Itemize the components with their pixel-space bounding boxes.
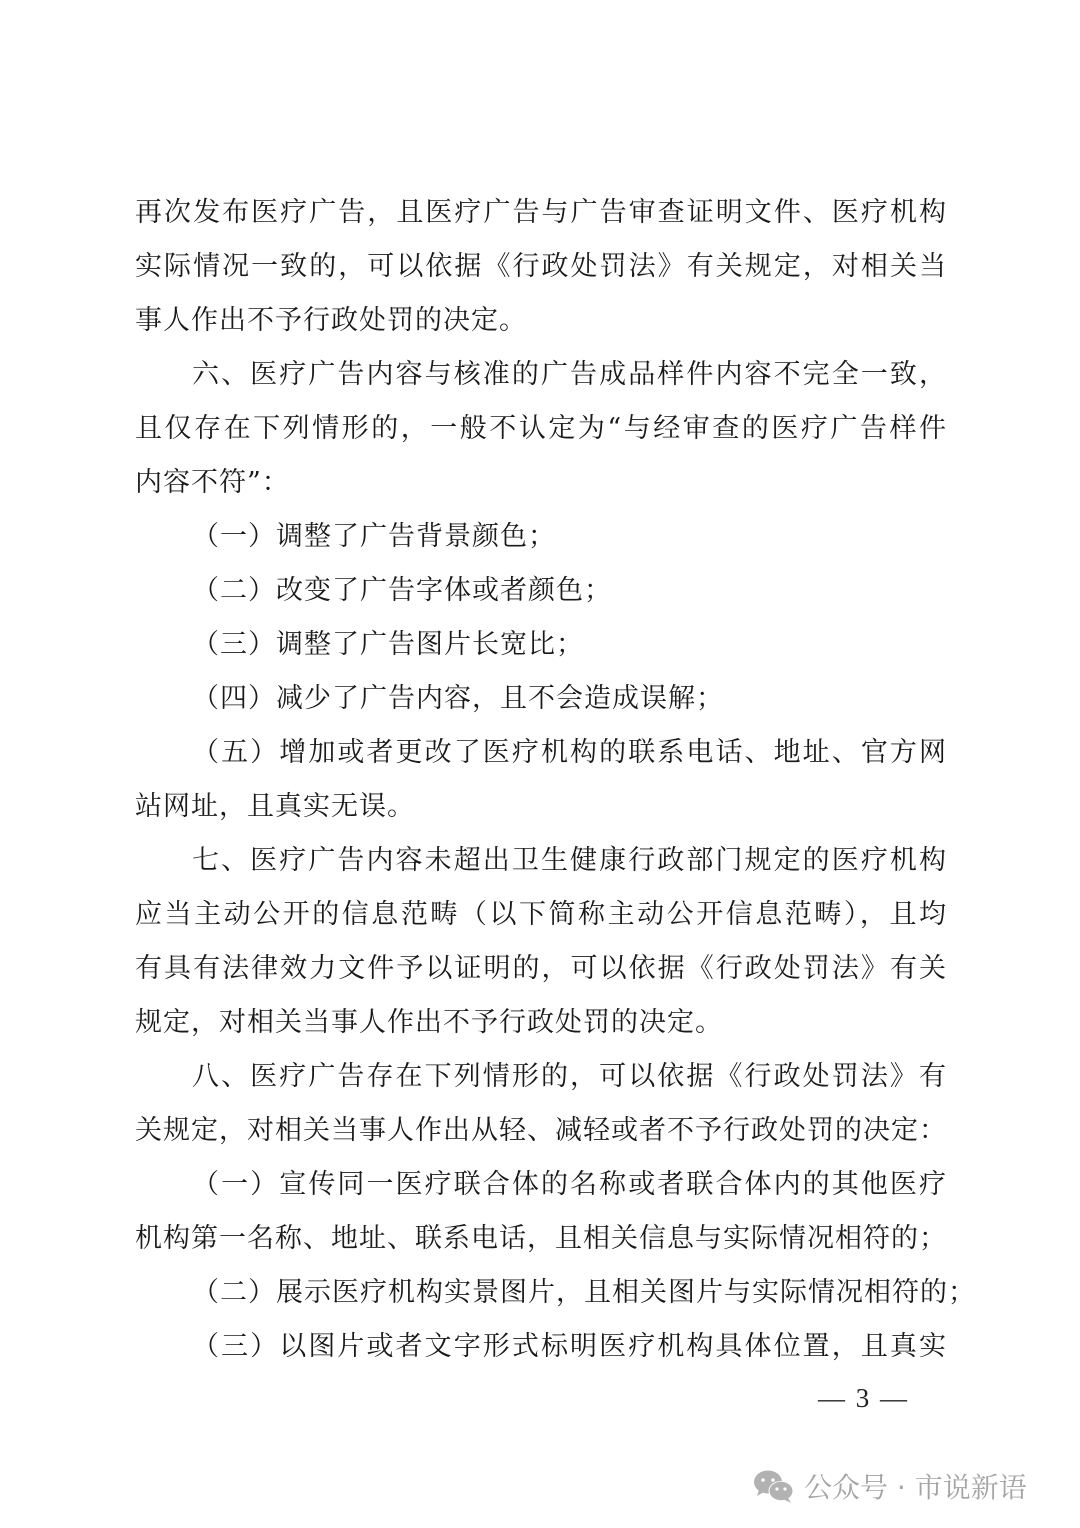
- page-number: — 3 —: [818, 1378, 909, 1418]
- text-line: （二）改变了广告字体或者颜色；: [192, 571, 947, 611]
- text-line: （一）宣传同一医疗联合体的名称或者联合体内的其他医疗: [192, 1165, 947, 1205]
- text-line: 应当主动公开的信息范畴（以下简称主动公开信息范畴），且均: [135, 895, 947, 935]
- text-line: （一）调整了广告背景颜色；: [192, 517, 947, 557]
- text-line: 机构第一名称、地址、联系电话，且相关信息与实际情况相符的；: [135, 1219, 947, 1259]
- text-line: 规定，对相关当事人作出不予行政处罚的决定。: [135, 1003, 947, 1043]
- text-line: 有具有法律效力文件予以证明的，可以依据《行政处罚法》有关: [135, 949, 947, 989]
- text-line: 内容不符”：: [135, 463, 947, 503]
- wechat-watermark: 公众号 · 市说新语: [752, 1466, 1027, 1506]
- watermark-label: 公众号 · 市说新语: [804, 1466, 1027, 1506]
- text-line: （二）展示医疗机构实景图片，且相关图片与实际情况相符的；: [192, 1273, 947, 1313]
- text-line: 八、医疗广告存在下列情形的，可以依据《行政处罚法》有: [192, 1057, 947, 1097]
- text-line: 事人作出不予行政处罚的决定。: [135, 301, 947, 341]
- text-line: 站网址，且真实无误。: [135, 787, 947, 827]
- text-line: （三）以图片或者文字形式标明医疗机构具体位置，且真实: [192, 1327, 947, 1367]
- wechat-icon: [752, 1468, 796, 1504]
- text-line: （四）减少了广告内容，且不会造成误解；: [192, 679, 947, 719]
- text-line: 实际情况一致的，可以依据《行政处罚法》有关规定，对相关当: [135, 247, 947, 287]
- text-line: （五）增加或者更改了医疗机构的联系电话、地址、官方网: [192, 733, 947, 773]
- document-page: 再次发布医疗广告，且医疗广告与广告审查证明文件、医疗机构实际情况一致的，可以依据…: [0, 0, 1080, 1528]
- text-line: 六、医疗广告内容与核准的广告成品样件内容不完全一致，: [192, 355, 947, 395]
- text-line: （三）调整了广告图片长宽比；: [192, 625, 947, 665]
- text-line: 且仅存在下列情形的，一般不认定为“与经审查的医疗广告样件: [135, 409, 947, 449]
- text-line: 关规定，对相关当事人作出从轻、减轻或者不予行政处罚的决定：: [135, 1111, 947, 1151]
- text-line: 七、医疗广告内容未超出卫生健康行政部门规定的医疗机构: [192, 841, 947, 881]
- text-line: 再次发布医疗广告，且医疗广告与广告审查证明文件、医疗机构: [135, 193, 947, 233]
